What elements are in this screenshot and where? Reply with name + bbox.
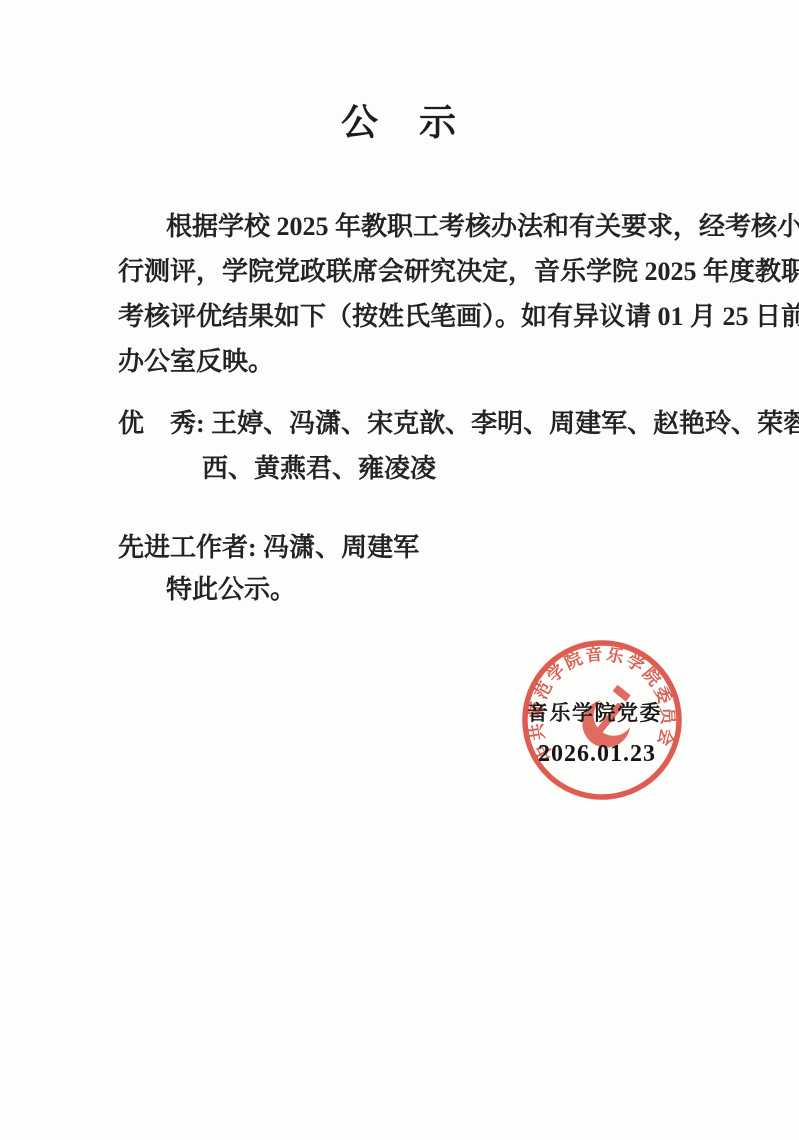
- closing-line: 特此公示。: [118, 569, 718, 611]
- advanced-worker-line: 先进工作者: 冯潇、周建军: [118, 527, 718, 569]
- excellent-line-wrap: 西、黄燕君、雍凌凌: [118, 446, 718, 491]
- advanced-worker-section: 先进工作者: 冯潇、周建军 特此公示。: [118, 527, 718, 611]
- excellent-line: 优 秀: 王婷、冯潇、宋克歆、李明、周建军、赵艳玲、荣蓉、顾: [118, 401, 718, 446]
- seal-date-text: 2026.01.23: [538, 741, 656, 768]
- notice-title: 公 示: [0, 92, 799, 146]
- notice-body-paragraph: 根据学校 2025 年教职工考核办法和有关要求，经考核小组和同 行测评，学院党政…: [118, 204, 698, 384]
- seal-issuer-text: 音乐学院党委: [527, 697, 662, 727]
- body-line: 行测评，学院党政联席会研究决定，音乐学院 2025 年度教职工年终: [118, 249, 698, 294]
- body-line: 根据学校 2025 年教职工考核办法和有关要求，经考核小组和同: [118, 204, 698, 249]
- scanned-notice-page: 公 示 根据学校 2025 年教职工考核办法和有关要求，经考核小组和同 行测评，…: [0, 0, 799, 1140]
- body-line: 办公室反映。: [118, 339, 698, 384]
- excellent-list: 优 秀: 王婷、冯潇、宋克歆、李明、周建军、赵艳玲、荣蓉、顾 西、黄燕君、雍凌凌: [118, 401, 718, 491]
- body-line: 考核评优结果如下（按姓氏笔画）。如有异议请 01 月 25 日前至 206: [118, 294, 698, 339]
